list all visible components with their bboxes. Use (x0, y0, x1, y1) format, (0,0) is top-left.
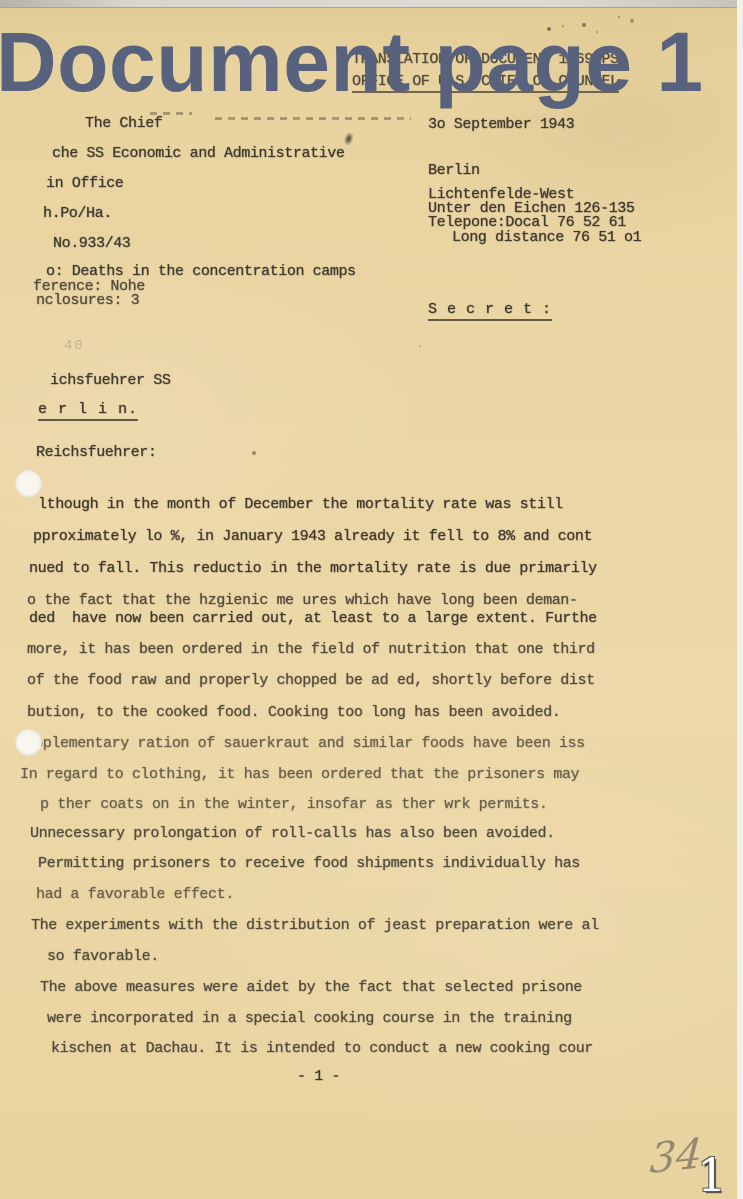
body-line: lthough in the month of December the mor… (38, 496, 563, 513)
body-line: nued to fall. This reductio in the morta… (29, 560, 597, 577)
body-line: The experiments with the distribution of… (31, 917, 599, 934)
body-line: The above measures were aidet by the fac… (40, 979, 582, 996)
sender-org: che SS Economic and Administrative (52, 145, 344, 162)
page-number: - 1 - (297, 1068, 340, 1085)
salutation: Reichsfuehrer: (36, 444, 156, 461)
address-phone-long: Long distance 76 51 o1 (452, 229, 641, 246)
sender-office: in Office (46, 175, 123, 192)
enclosures-line: nclosures: 3 (36, 292, 139, 309)
faint-pencil-mark: 40 (64, 338, 85, 354)
hole-punch (15, 729, 42, 756)
body-line: p ther coats on in the winter, insofar a… (40, 796, 548, 813)
body-line: more, it has been ordered in the field o… (27, 641, 595, 658)
body-line: of the food raw and properly chopped be … (27, 672, 595, 689)
document-scan: TRANSLATION OF DOCUMENT 1469-PS OFFICE O… (0, 0, 743, 1199)
document-date: 3o September 1943 (428, 116, 574, 133)
sender-ref-number: No.933/43 (53, 235, 130, 252)
handwritten-number: 34 (648, 1129, 703, 1183)
address-city: Berlin (428, 162, 480, 179)
body-line: ded have now been carried out, at least … (29, 610, 597, 627)
body-line: kischen at Dachau. It is intended to con… (51, 1040, 593, 1057)
sender-ref-code: h.Po/Ha. (43, 205, 112, 222)
body-line: In regard to clothing, it has been order… (20, 766, 579, 783)
scan-edge-top (0, 0, 743, 8)
secret-stamp: S e c r e t : (428, 301, 552, 321)
body-line: were incorporated in a special cooking c… (47, 1010, 572, 1027)
overlay-page-title: Document page 1 (0, 20, 704, 104)
body-line: had a favorable effect. (36, 886, 234, 903)
corner-page-number: 1 (697, 1152, 726, 1198)
body-line: Unnecessary prolongation of roll-calls h… (30, 825, 555, 842)
recipient-city: e r l i n. (38, 401, 138, 421)
scan-edge-right (737, 0, 743, 1199)
body-line: so favorable. (47, 948, 159, 965)
typewriter-strike-marks (150, 112, 192, 115)
typewriter-strike-marks (215, 117, 411, 120)
body-line: bution, to the cooked food. Cooking too … (27, 704, 560, 721)
sender-title: The Chief (85, 115, 162, 132)
recipient-title: ichsfuehrer SS (50, 372, 170, 389)
body-line: Permitting prisoners to receive food shi… (38, 855, 580, 872)
body-line: Supplementary ration of sauerkraut and s… (17, 735, 585, 752)
body-line: o the fact that the hzgienic me ures whi… (27, 592, 578, 609)
hole-punch (15, 470, 42, 497)
body-line: pproximately lo %, in January 1943 alrea… (33, 528, 592, 545)
